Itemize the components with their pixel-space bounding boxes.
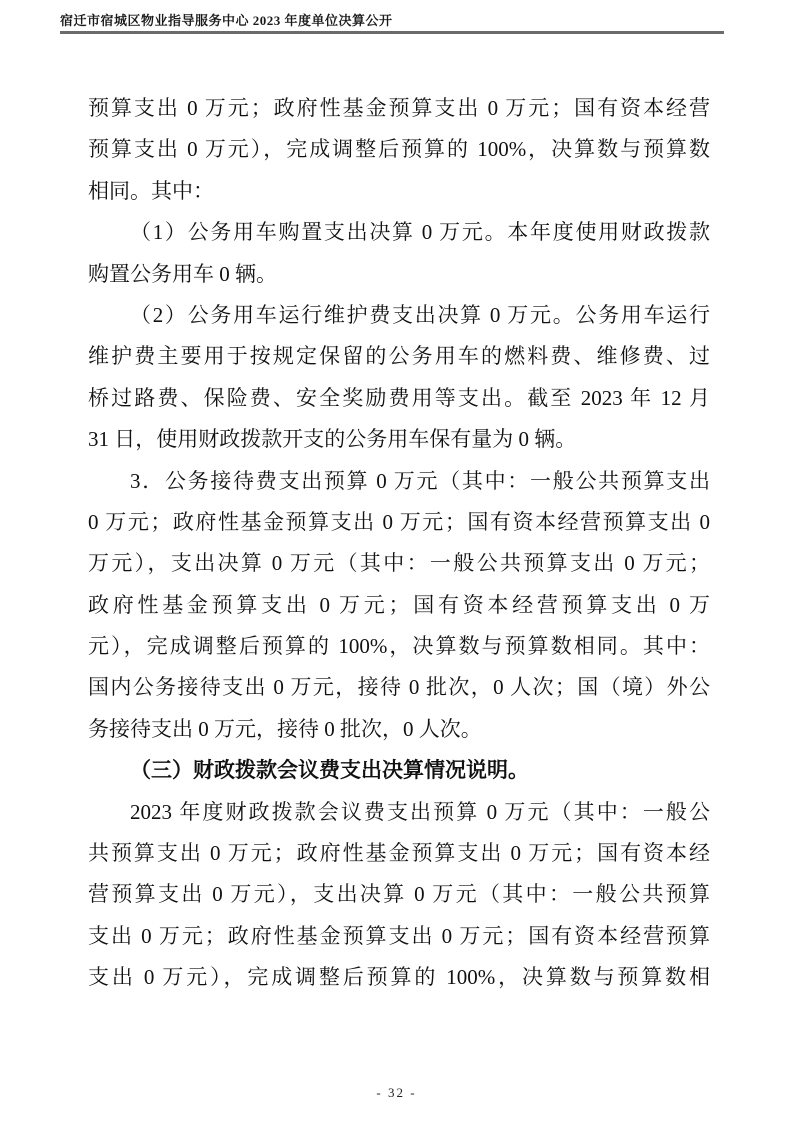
- text-line: 共预算支出 0 万元；政府性基金预算支出 0 万元；国有资本经: [88, 833, 710, 874]
- text-line: 支出 0 万元；政府性基金预算支出 0 万元；国有资本经营预算: [88, 916, 710, 957]
- text-line: 维护费主要用于按规定保留的公务用车的燃料费、维修费、过: [88, 336, 710, 377]
- text-line: 国内公务接待支出 0 万元，接待 0 批次，0 人次；国（境）外公: [88, 667, 710, 708]
- text-line: 相同。其中：: [88, 171, 710, 212]
- text-line: 预算支出 0 万元；政府性基金预算支出 0 万元；国有资本经营: [88, 88, 710, 129]
- text-line: 预算支出 0 万元），完成调整后预算的 100%，决算数与预算数: [88, 129, 710, 170]
- page-footer: - 32 -: [0, 1084, 793, 1102]
- page-header: 宿迁市宿城区物业指导服务中心 2023 年度单位决算公开: [60, 10, 724, 34]
- text-line: 31 日，使用财政拨款开支的公务用车保有量为 0 辆。: [88, 419, 710, 460]
- text-line: （2）公务用车运行维护费支出决算 0 万元。公务用车运行: [88, 295, 710, 336]
- text-line: 支出 0 万元），完成调整后预算的 100%，决算数与预算数相: [88, 957, 710, 998]
- text-line: 0 万元；政府性基金预算支出 0 万元；国有资本经营预算支出 0: [88, 502, 710, 543]
- document-page: 宿迁市宿城区物业指导服务中心 2023 年度单位决算公开 预算支出 0 万元；政…: [0, 0, 793, 1122]
- section-heading: （三）财政拨款会议费支出决算情况说明。: [88, 750, 710, 791]
- text-line: 桥过路费、保险费、安全奖励费用等支出。截至 2023 年 12 月: [88, 378, 710, 419]
- text-line: 2023 年度财政拨款会议费支出预算 0 万元（其中：一般公: [88, 792, 710, 833]
- text-line: 购置公务用车 0 辆。: [88, 254, 710, 295]
- text-line: 元），完成调整后预算的 100%，决算数与预算数相同。其中：: [88, 626, 710, 667]
- header-title: 宿迁市宿城区物业指导服务中心 2023 年度单位决算公开: [60, 10, 724, 29]
- text-line: 营预算支出 0 万元），支出决算 0 万元（其中：一般公共预算: [88, 874, 710, 915]
- document-body: 预算支出 0 万元；政府性基金预算支出 0 万元；国有资本经营预算支出 0 万元…: [88, 88, 710, 999]
- page-number: - 32 -: [376, 1085, 416, 1100]
- text-line: （1）公务用车购置支出决算 0 万元。本年度使用财政拨款: [88, 212, 710, 253]
- text-line: 政府性基金预算支出 0 万元；国有资本经营预算支出 0 万: [88, 585, 710, 626]
- header-rule: [60, 31, 724, 34]
- text-line: 务接待支出 0 万元，接待 0 批次，0 人次。: [88, 709, 710, 750]
- text-line: 万元），支出决算 0 万元（其中：一般公共预算支出 0 万元；: [88, 543, 710, 584]
- text-line: 3．公务接待费支出预算 0 万元（其中：一般公共预算支出: [88, 461, 710, 502]
